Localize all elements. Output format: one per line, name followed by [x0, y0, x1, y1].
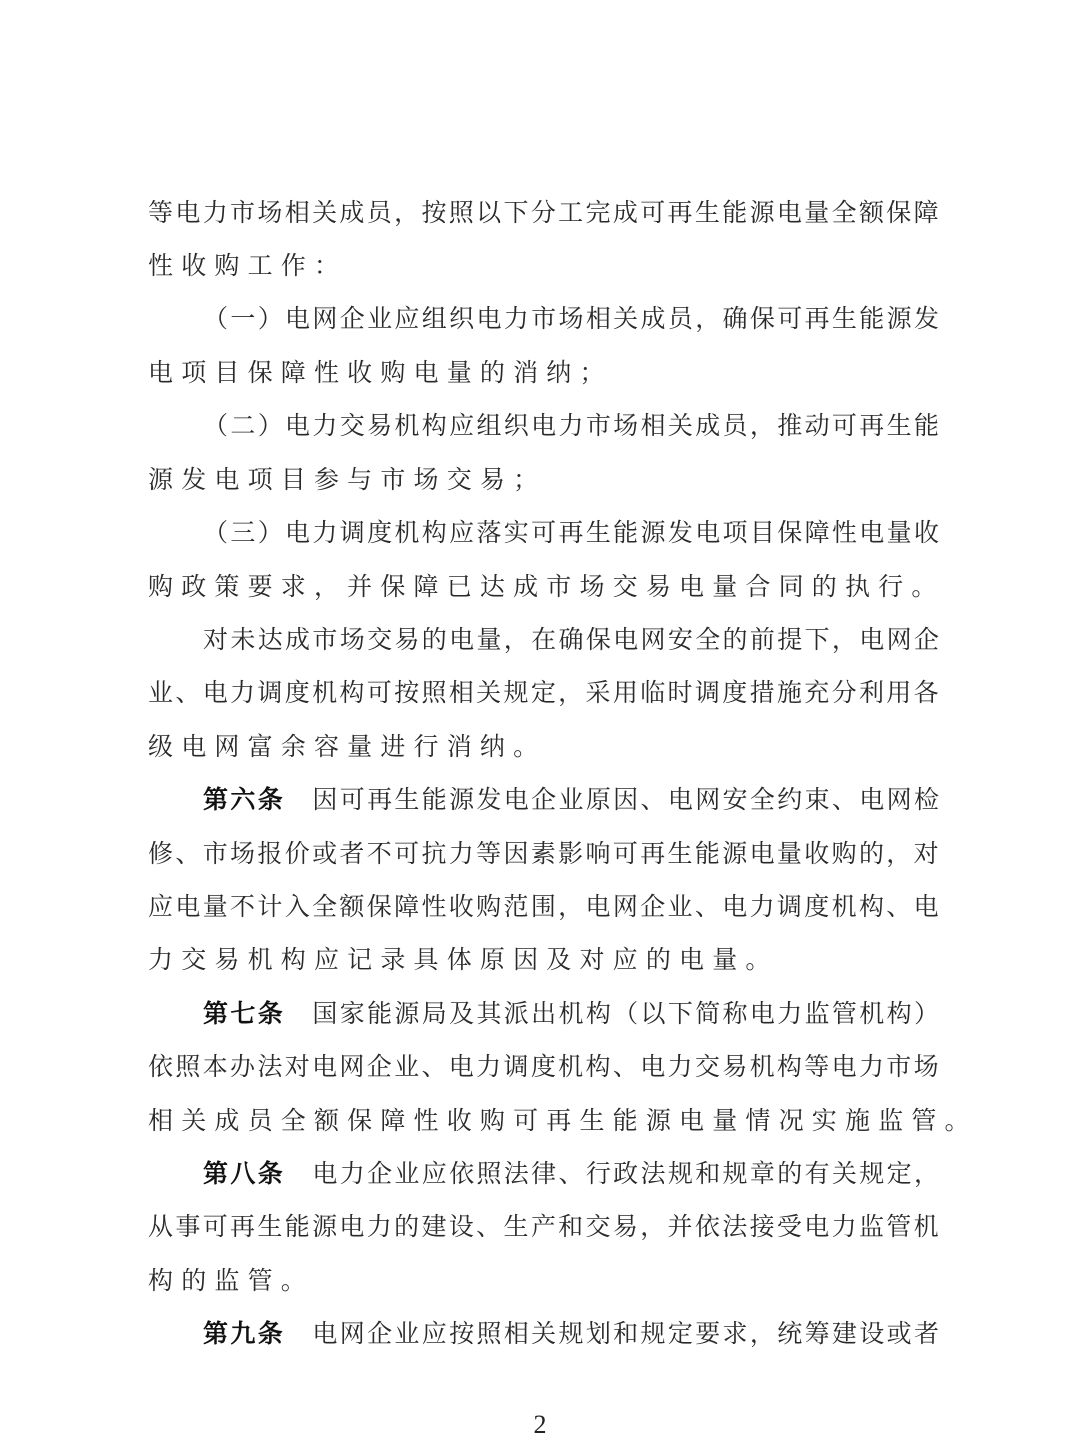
- page-number: 2: [0, 1410, 1080, 1440]
- document-page: 等电力市场相关成员，按照以下分工完成可再生能源电量全额保障性收购工作：（一）电网…: [0, 0, 1080, 1453]
- article-heading-line: 第七条 国家能源局及其派出机构（以下简称电力监管机构）: [203, 994, 938, 1034]
- text-line: （二）电力交易机构应组织电力市场相关成员，推动可再生能: [203, 406, 938, 446]
- text-line: 等电力市场相关成员，按照以下分工完成可再生能源电量全额保障: [148, 193, 938, 233]
- text-line: 级电网富余容量进行消纳。: [148, 727, 938, 767]
- text-line: （一）电网企业应组织电力市场相关成员，确保可再生能源发: [203, 299, 938, 339]
- text-line: 修、市场报价或者不可抗力等因素影响可再生能源电量收购的，对: [148, 834, 938, 874]
- text-line: 源发电项目参与市场交易；: [148, 460, 938, 500]
- article-heading-line: 第八条 电力企业应依照法律、行政法规和规章的有关规定，: [203, 1154, 938, 1194]
- text-line: 对未达成市场交易的电量，在确保电网安全的前提下，电网企: [203, 620, 938, 660]
- text-line: 从事可再生能源电力的建设、生产和交易，并依法接受电力监管机: [148, 1207, 938, 1247]
- text-line: 构的监管。: [148, 1261, 938, 1301]
- article-heading-line: 第六条 因可再生能源发电企业原因、电网安全约束、电网检: [203, 780, 938, 820]
- article-heading-line: 第九条 电网企业应按照相关规划和规定要求，统筹建设或者: [203, 1314, 938, 1354]
- text-line: 电项目保障性收购电量的消纳；: [148, 353, 938, 393]
- text-line: 依照本办法对电网企业、电力调度机构、电力交易机构等电力市场: [148, 1047, 938, 1087]
- text-line: 相关成员全额保障性收购可再生能源电量情况实施监管。: [148, 1101, 938, 1141]
- text-line: 购政策要求，并保障已达成市场交易电量合同的执行。: [148, 567, 938, 607]
- text-line: （三）电力调度机构应落实可再生能源发电项目保障性电量收: [203, 513, 938, 553]
- text-line: 业、电力调度机构可按照相关规定，采用临时调度措施充分利用各: [148, 673, 938, 713]
- text-line: 力交易机构应记录具体原因及对应的电量。: [148, 940, 938, 980]
- text-line: 性收购工作：: [148, 246, 938, 286]
- text-line: 应电量不计入全额保障性收购范围，电网企业、电力调度机构、电: [148, 887, 938, 927]
